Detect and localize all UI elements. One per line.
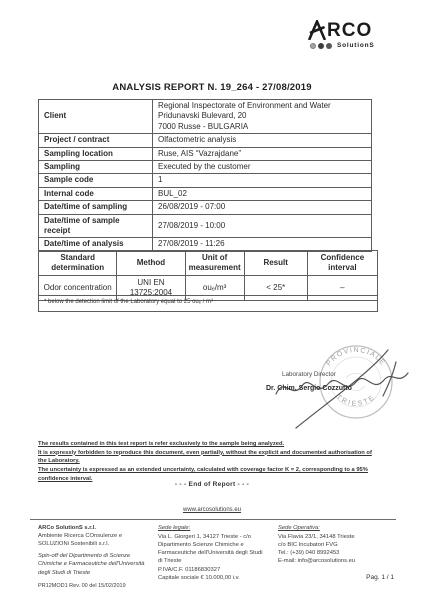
- info-value: 26/08/2019 - 07:00: [153, 201, 372, 214]
- info-value: 1: [153, 174, 372, 187]
- table-row: Sampling Executed by the customer: [39, 160, 372, 173]
- operative-address: Via Flavia 23/1, 34148 Trieste: [278, 533, 388, 541]
- legal-address: Via L. Giorgeri 1, 34127 Trieste - c/o D…: [158, 533, 268, 565]
- info-label: Date/time of sample receipt: [39, 214, 153, 238]
- handwritten-signature-icon: [262, 340, 420, 432]
- info-value: Olfactometric analysis: [153, 134, 372, 147]
- column-header: Result: [244, 251, 307, 276]
- info-label: Client: [39, 100, 153, 134]
- info-label: Internal code: [39, 187, 153, 200]
- table-row: Sampling location Ruse, AIS “Vazrajdane”: [39, 147, 372, 160]
- vat-number: P.IVA/C.F. 01186830327: [158, 566, 268, 574]
- info-value: 27/08/2019 - 10:00: [153, 214, 372, 238]
- operative-address-2: c/o BIC Incubatori FVG: [278, 541, 388, 549]
- column-header: Method: [117, 251, 185, 276]
- operative-office-heading: Sede Operativa:: [278, 524, 388, 532]
- column-header: Confidence interval: [307, 251, 377, 276]
- logo-sub-text: SolutionS: [337, 42, 375, 49]
- footer-columns: ARCo SolutionS s.r.l. Ambiente Ricerca C…: [38, 524, 398, 582]
- logo-brand-text: RCO: [327, 21, 372, 40]
- table-row: Project / contract Olfactometric analysi…: [39, 134, 372, 147]
- info-label: Project / contract: [39, 134, 153, 147]
- logo-dot-icon: [310, 43, 316, 49]
- legal-disclaimer: The results contained in this test repor…: [38, 440, 374, 483]
- footer-divider: [30, 519, 396, 520]
- info-label: Sampling: [39, 160, 153, 173]
- table-row: Date/time of sample receipt 27/08/2019 -…: [39, 214, 372, 238]
- document-reference: PR12MOD1 Rev. 00 del 15/02/2019: [38, 583, 126, 589]
- logo-dot-icon: [326, 43, 332, 49]
- company-name: ARCo SolutionS s.r.l.: [38, 524, 148, 532]
- info-label: Date/time of sampling: [39, 201, 153, 214]
- table-row: Date/time of sampling 26/08/2019 - 07:00: [39, 201, 372, 214]
- table-row: Client Regional Inspectorate of Environm…: [39, 100, 372, 134]
- website-link[interactable]: www.arcosolutions.eu: [0, 507, 424, 513]
- info-value: Executed by the customer: [153, 160, 372, 173]
- signature-block: PROVINCIALE TRIESTE Laboratory Director …: [262, 340, 420, 432]
- company-spinoff-note: Spin-off del Dipartimento di Scienze Chi…: [38, 552, 148, 576]
- page-number: Pag. 1 / 1: [366, 574, 394, 581]
- results-table: Standard determination Method Unit of me…: [38, 250, 378, 301]
- share-capital: Capitale sociale € 10.000,00 i.v.: [158, 574, 268, 582]
- footer-company-column: ARCo SolutionS s.r.l. Ambiente Ricerca C…: [38, 524, 158, 582]
- sample-info-table: Client Regional Inspectorate of Environm…: [38, 99, 372, 252]
- table-header-row: Standard determination Method Unit of me…: [39, 251, 378, 276]
- logo-dot-icon: [318, 43, 324, 49]
- disclaimer-line: It is expressly forbidden to reproduce t…: [38, 449, 374, 466]
- legal-office-heading: Sede legale:: [158, 524, 268, 532]
- end-of-report-marker: - - - End of Report - - -: [0, 481, 424, 488]
- info-value: BUL_02: [153, 187, 372, 200]
- stylized-a-icon: [308, 20, 326, 40]
- info-label: Sampling location: [39, 147, 153, 160]
- footer-legal-column: Sede legale: Via L. Giorgeri 1, 34127 Tr…: [158, 524, 278, 582]
- column-header: Standard determination: [39, 251, 117, 276]
- table-row: Internal code BUL_02: [39, 187, 372, 200]
- detection-limit-footnote: * below the detection limit of the Labor…: [38, 295, 378, 312]
- disclaimer-line: The results contained in this test repor…: [38, 440, 374, 449]
- info-value: Regional Inspectorate of Environment and…: [153, 100, 372, 134]
- report-title: ANALYSIS REPORT N. 19_264 - 27/08/2019: [0, 82, 424, 93]
- info-value: Ruse, AIS “Vazrajdane”: [153, 147, 372, 160]
- info-label: Sample code: [39, 174, 153, 187]
- table-row: Sample code 1: [39, 174, 372, 187]
- analysis-report-document: RCO SolutionS ANALYSIS REPORT N. 19_264 …: [0, 0, 424, 600]
- logo-subline: SolutionS: [308, 42, 408, 49]
- company-description: Ambiente Ricerca COnsulenze e SOLUZIONi …: [38, 532, 148, 548]
- email-address: E-mail: info@arcosolutions.eu: [278, 557, 388, 565]
- arco-logo: RCO SolutionS: [308, 20, 408, 49]
- phone-number: Tel.: (+39) 040 8992453: [278, 549, 388, 557]
- logo-wordmark: RCO: [308, 20, 408, 40]
- column-header: Unit of measurement: [185, 251, 244, 276]
